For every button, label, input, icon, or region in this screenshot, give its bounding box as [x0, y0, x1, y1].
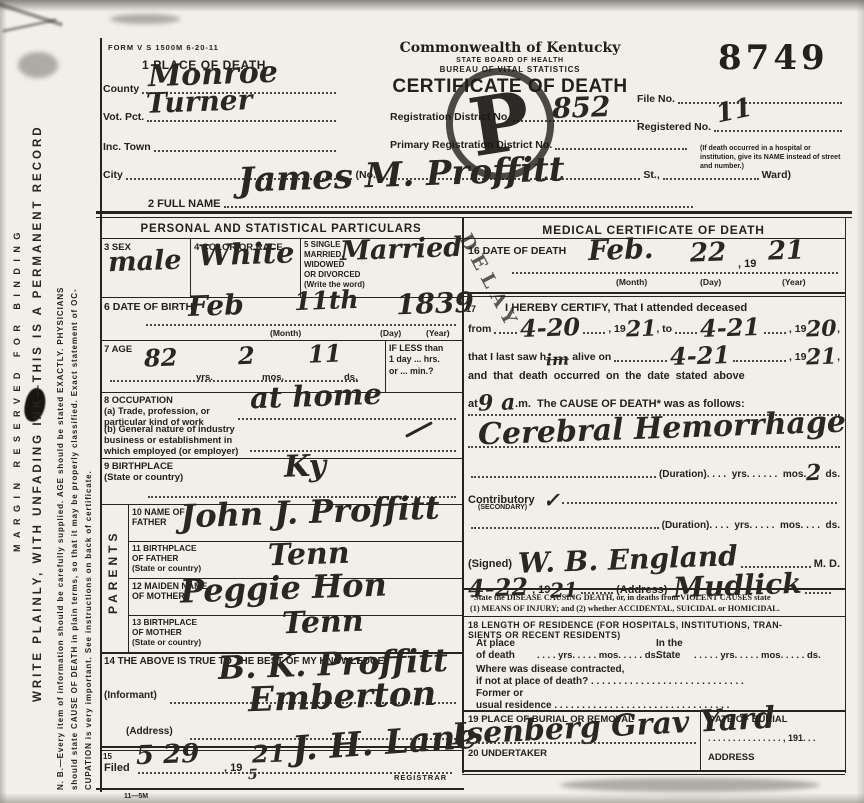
informant-address-value: Emberton [247, 677, 436, 718]
rule [100, 458, 462, 459]
margin-nb-line2: should state CAUSE OF DEATH in plain ter… [70, 288, 79, 790]
day-caption: (Day) [700, 277, 721, 287]
item-15-number: 15 [103, 752, 112, 761]
age-months-value: 2 [238, 344, 256, 369]
alive-year-printed: , 19 [789, 352, 807, 364]
margin-nb-line1: N. B.—Every item of information should b… [56, 287, 65, 790]
informant-address-label: (Address) [126, 726, 173, 738]
scan-smudge [560, 778, 820, 792]
duration-units: . . . . yrs. . . . . . mos. [707, 469, 806, 480]
hospital-note: (If death occurred in a hospital or inst… [700, 144, 848, 171]
occupation-label: 8 OCCUPATION (a) Trade, profession, or p… [104, 395, 210, 428]
rule [845, 217, 846, 773]
rule [462, 774, 845, 775]
dotted-leader [154, 150, 336, 152]
dotted-leader [224, 206, 693, 208]
alive-date-value: 4-21 [670, 343, 731, 369]
at-label: at [468, 398, 478, 410]
rule [462, 770, 845, 772]
duration-label: (Duration) [659, 469, 707, 480]
registrar-signature: J. H. Lane [291, 720, 478, 767]
dotted-leader [805, 592, 831, 594]
dotted-leader [663, 178, 759, 180]
mother-birthplace-value: Tenn [282, 607, 365, 640]
father-birthplace-label: 11 BIRTHPLACE OF FATHER (State or countr… [132, 544, 201, 573]
rule [462, 616, 845, 617]
plate-code: 11—5M [124, 793, 148, 801]
date-of-death-year-printed: , 19 [738, 258, 756, 271]
dotted-leader [764, 332, 786, 334]
signed-label: (Signed) [468, 558, 512, 570]
margin-binding-note: MARGIN RESERVED FOR BINDING [12, 226, 22, 552]
cause-of-death-intro: .m. The CAUSE OF DEATH* was as follows: [515, 398, 745, 410]
margin-write-plainly-note: WRITE PLAINLY, WITH UNFADING INK—THIS IS… [32, 124, 44, 702]
month-caption: (Month) [270, 328, 301, 338]
dob-label: 6 DATE OF BIRTH [104, 301, 193, 313]
rule [96, 211, 852, 214]
inc-town-row: Inc. Town [103, 142, 339, 154]
sex-value: male [108, 247, 182, 277]
mother-birthplace-label: 13 BIRTHPLACE OF MOTHER (State or countr… [132, 618, 201, 647]
filed-extra-digit: 5 [248, 768, 258, 782]
rule [462, 296, 845, 297]
voting-precinct-value: Turner [146, 86, 253, 118]
date-of-death-day: 22 [690, 239, 727, 266]
rule [462, 292, 845, 294]
dotted-leader [512, 272, 838, 274]
full-name-row: 2 FULL NAME [148, 198, 696, 210]
race-value: White [198, 238, 295, 270]
dotted-leader [583, 332, 605, 334]
dotted-leader [675, 332, 697, 334]
from-year-value: 21 [625, 317, 656, 340]
to-year-value: 20 [806, 317, 837, 340]
duration-secondary-row: (Duration) . . . . yrs. . . . . mos. . .… [468, 520, 840, 531]
registered-no-label: Registered No. [637, 122, 711, 134]
day-caption: (Day) [380, 328, 401, 338]
secondary-caption: (SECONDARY) [478, 504, 527, 512]
footnote-line1: *State the DISEASE CAUSING DEATH, or, in… [470, 593, 770, 603]
dotted-leader [494, 332, 516, 334]
dotted-leader [466, 742, 696, 744]
at-place-label: At place of death [476, 638, 515, 662]
birthplace-value: Ky [283, 451, 326, 482]
duration-label: (Duration) [662, 520, 710, 531]
attended-from-to-row: from 4-20 , 19 21 , to 4-21 , 19 20 , [468, 316, 840, 336]
file-no-label: File No. [637, 94, 675, 106]
age-days-value: 11 [308, 341, 342, 366]
in-state-label: In the State [656, 638, 683, 662]
form-number: FORM V S 1500M 6-20-11 [108, 44, 219, 53]
alive-year-value: 21 [806, 345, 837, 368]
from-label: from [468, 324, 491, 336]
if-less-note: IF LESS than 1 day ... hrs. or ... min.? [389, 343, 443, 377]
him-handwritten: im [546, 352, 570, 369]
registration-district-value: 852 [552, 93, 611, 123]
occupation-value: at home [250, 380, 383, 414]
rule [100, 340, 462, 341]
at-place-units: . . . . yrs. . . . . mos. . . . . ds. [537, 650, 658, 661]
occupation-b-label: (b) General nature of industry business … [104, 424, 238, 457]
full-name-value: James M. Proffitt [238, 152, 566, 197]
city-label: City [103, 170, 123, 182]
inc-town-label: Inc. Town [103, 142, 151, 154]
voting-precinct-label: Vot. Pct. [103, 112, 144, 124]
date-of-burial-line: . . . . . . . . . . . . . . . , 191. . . [708, 733, 816, 744]
dob-month-value: Feb [188, 291, 245, 321]
comma: , [837, 352, 840, 364]
time-of-death-value: 9 a [477, 391, 515, 414]
serial-number: 8749 [718, 38, 829, 78]
alive-on-label: alive on [572, 352, 611, 364]
duration-units: . . . . yrs. . . . . mos. . . . ds. [709, 520, 840, 531]
dotted-leader [146, 324, 456, 326]
birthplace-label: 9 BIRTHPLACE (State or country) [104, 461, 183, 483]
commonwealth-title: Commonwealth of Kentucky [390, 40, 630, 57]
month-caption: (Month) [616, 277, 647, 287]
age-years-value: 82 [144, 345, 178, 370]
dob-day-value: 11th [294, 287, 359, 314]
registrar-label: REGISTRAR [394, 774, 447, 783]
dotted-leader [678, 102, 842, 104]
rule [96, 217, 852, 218]
street-label: St., [643, 170, 659, 182]
filed-label: Filed [104, 762, 130, 775]
duration-days-value: 2 [806, 462, 822, 485]
date-of-death-month: Feb. [588, 235, 654, 265]
dotted-leader [733, 360, 786, 362]
dotted-leader [250, 450, 456, 452]
parents-side-label: PARENTS [106, 530, 120, 614]
md-label: M. D. [814, 558, 840, 570]
county-label: County [103, 84, 139, 96]
dotted-leader [471, 527, 659, 529]
dotted-leader [614, 360, 667, 362]
year-caption: (Year) [426, 328, 450, 338]
dotted-leader [714, 130, 842, 132]
to-label: , to [656, 324, 672, 336]
scan-smudge [18, 52, 58, 78]
pen-flourish [405, 421, 433, 438]
from-date-value: 4-20 [519, 315, 580, 341]
dotted-leader [471, 476, 656, 478]
death-certificate-scan: MARGIN RESERVED FOR BINDING WRITE PLAINL… [0, 0, 864, 803]
footnote-line2: (1) MEANS OF INJURY; and (2) whether ACC… [470, 604, 780, 614]
residence-section-title: 18 LENGTH OF RESIDENCE (FOR HOSPITALS, I… [468, 620, 782, 641]
rule [385, 340, 386, 392]
pencil-scratch [2, 18, 56, 32]
last-saw-alive-row: that I last saw h im alive on 4-21 , 19 … [468, 344, 840, 364]
registered-no-value: 11 [714, 95, 755, 128]
dotted-leader [562, 502, 837, 504]
dotted-leader [238, 418, 456, 420]
contributory-checkmark: ✓ [542, 490, 559, 511]
disease-contracted-label: Where was disease contracted, if not at … [476, 664, 744, 688]
item-17-number: 17 [466, 304, 476, 315]
age-label: 7 AGE [104, 344, 132, 355]
duration-primary-row: (Duration) . . . . yrs. . . . . . mos. 2… [468, 462, 840, 480]
in-state-units: . . . . . yrs. . . . . mos. . . . . ds. [694, 650, 821, 661]
last-saw-label: that I last saw h [468, 352, 546, 364]
state-board-label: STATE BOARD OF HEALTH [390, 57, 630, 65]
undertaker-address-label: ADDRESS [708, 752, 754, 763]
scan-smudge [110, 14, 180, 24]
filed-date-value: 5 29 [136, 741, 200, 769]
year-caption: (Year) [782, 277, 806, 287]
marital-value: Married [340, 234, 463, 265]
rule [100, 38, 102, 792]
duration-days-unit: ds. [826, 469, 840, 480]
from-year-printed: , 19 [608, 324, 626, 336]
dotted-leader [555, 148, 687, 150]
date-of-death-year: 21 [768, 237, 805, 264]
father-name-value: John J. Proffitt [180, 491, 441, 532]
ward-label: Ward) [762, 170, 791, 182]
date-of-burial-label: DATE OF BURIAL [708, 714, 788, 725]
filed-year-value: 21 [252, 741, 286, 766]
father-name-label: 10 NAME OF FATHER [132, 507, 185, 528]
full-name-label: 2 FULL NAME [148, 198, 221, 210]
dotted-leader [468, 446, 840, 448]
to-date-value: 4-21 [700, 315, 761, 341]
informant-label: (Informant) [104, 690, 157, 702]
rule [462, 588, 845, 590]
rule [190, 238, 191, 297]
margin-nb-line3: CUPATION is very important. See instruct… [84, 470, 93, 790]
undertaker-label: 20 UNDERTAKER [468, 748, 547, 759]
dotted-leader [147, 120, 336, 122]
rule [96, 788, 464, 790]
death-occurred-statement: and that death occurred on the date stat… [468, 370, 840, 383]
to-year-printed: , 19 [789, 324, 807, 336]
comma: , [837, 324, 840, 336]
mother-name-value: Peggie Hon [180, 568, 388, 607]
